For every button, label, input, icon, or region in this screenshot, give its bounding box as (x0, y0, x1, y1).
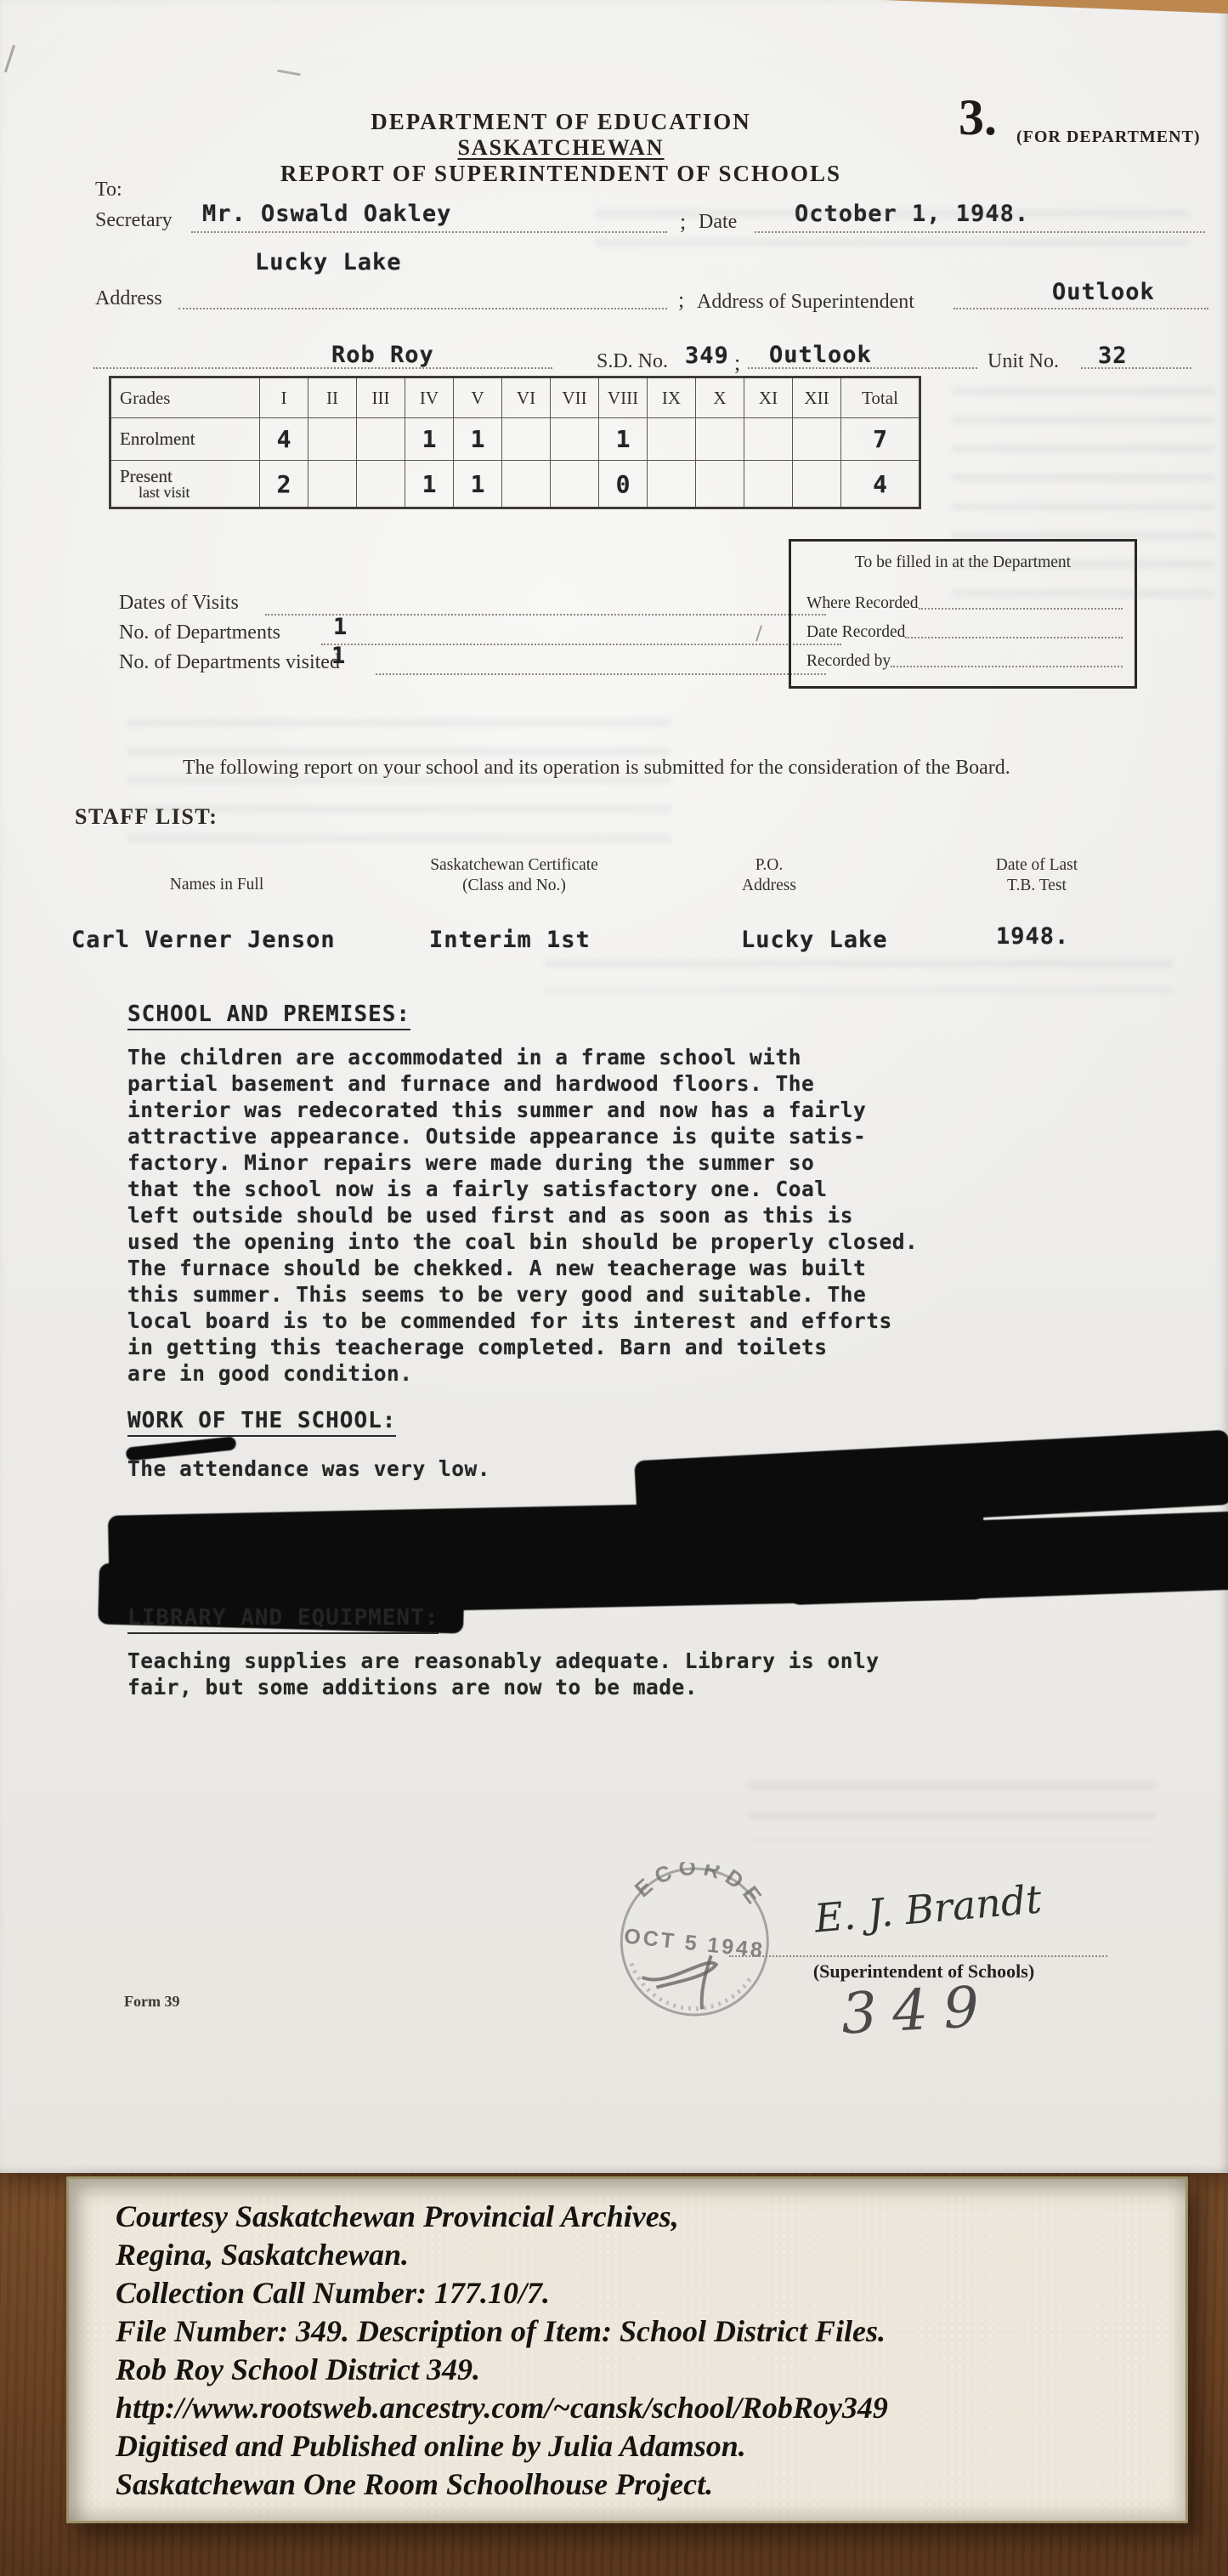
column-header: III (357, 377, 405, 418)
cell: 1 (454, 418, 502, 461)
fill-line (748, 367, 977, 369)
cell (502, 461, 551, 508)
fill-line (891, 666, 1123, 667)
column-header: XII (793, 377, 841, 418)
copy-note: (FOR DEPARTMENT) (1016, 128, 1201, 147)
address-label: Address (95, 287, 162, 310)
address-value: Lucky Lake (255, 249, 402, 275)
cell (744, 418, 793, 461)
bleed-through-smudge (544, 959, 1173, 993)
cell: 1 (599, 418, 648, 461)
cell: 1 (405, 461, 454, 508)
copy-number: 3. (959, 88, 997, 147)
cell: 7 (841, 418, 920, 461)
separator: ; (678, 287, 684, 313)
column-header: I (260, 377, 308, 418)
column-header: VIII (599, 377, 648, 418)
row-label: Present last visit (110, 461, 260, 508)
date-recorded-label: Date Recorded (806, 623, 905, 642)
cell: 1 (405, 418, 454, 461)
bleed-through-smudge (748, 1782, 1156, 1841)
departments-label: No. of Departments (119, 621, 280, 644)
supt-address-value: Outlook (1052, 279, 1155, 305)
caption-line: Saskatchewan One Room Schoolhouse Projec… (116, 2465, 1160, 2504)
to-label: To: (95, 179, 122, 201)
fill-line (954, 308, 1208, 309)
fill-line (376, 673, 826, 675)
form-header: DEPARTMENT OF EDUCATION SASKATCHEWAN REP… (136, 109, 986, 187)
dates-of-visits-label: Dates of Visits (119, 592, 239, 615)
where-recorded-label: Where Recorded (806, 594, 919, 613)
fill-line (178, 308, 667, 309)
column-header: XI (744, 377, 793, 418)
bleed-through-smudge (127, 718, 671, 846)
departments-visited-value: 1 (331, 643, 346, 669)
staff-col-certificate: Saskatchewan Certificate (Class and No.) (387, 855, 642, 896)
departments-visited-label: No. of Departments visited (119, 651, 340, 674)
district-name-value: Rob Roy (331, 342, 434, 368)
table-row: Enrolment 4 1 1 1 7 (110, 418, 920, 461)
caption-line: Digitised and Published online by Julia … (116, 2427, 1160, 2465)
header-province: SASKATCHEWAN (136, 135, 986, 161)
pen-mark (755, 625, 762, 642)
cell (502, 418, 551, 461)
fill-line (1081, 367, 1191, 369)
caption-line: Regina, Saskatchewan. (116, 2236, 1160, 2274)
cell (551, 418, 599, 461)
secretary-label: Secretary (95, 209, 173, 232)
caption-line: Courtesy Saskatchewan Provincial Archive… (116, 2198, 1160, 2236)
secretary-value: Mr. Oswald Oakley (202, 201, 451, 227)
library-heading: LIBRARY AND EQUIPMENT: (127, 1605, 439, 1634)
archive-caption-text: Courtesy Saskatchewan Provincial Archive… (116, 2198, 1160, 2504)
premises-heading: SCHOOL AND PREMISES: (127, 1001, 410, 1030)
staff-tb-date: 1948. (996, 923, 1069, 950)
supt-address-label: Address of Superintendent (697, 291, 914, 314)
handwritten-district-number: 349 (840, 1973, 996, 2046)
fill-line (321, 644, 841, 645)
header-title: REPORT OF SUPERINTENDENT OF SCHOOLS (136, 161, 986, 187)
premises-body: The children are accommodated in a frame… (127, 1044, 1147, 1387)
superintendent-signature: E. J. Brandt (739, 1870, 1116, 1948)
caption-line: Collection Call Number: 177.10/7. (116, 2274, 1160, 2312)
cell: 4 (841, 461, 920, 508)
cell (357, 418, 405, 461)
fill-line (919, 608, 1123, 610)
cell (696, 418, 744, 461)
fill-line (265, 614, 826, 616)
cell (793, 418, 841, 461)
staff-name: Carl Verner Jenson (71, 927, 336, 953)
cell (648, 461, 696, 508)
caption-line: File Number: 349. Description of Item: S… (116, 2312, 1160, 2351)
fill-line (93, 367, 552, 369)
form-number: Form 39 (124, 1993, 179, 2011)
row-label: Enrolment (110, 418, 260, 461)
cell: 4 (260, 418, 308, 461)
report-page: DEPARTMENT OF EDUCATION SASKATCHEWAN REP… (0, 0, 1228, 2173)
column-header: IX (648, 377, 696, 418)
column-header: X (696, 377, 744, 418)
cell (696, 461, 744, 508)
unit-number-label: Unit No. (987, 350, 1059, 373)
pen-mark (4, 44, 15, 72)
cell: 2 (260, 461, 308, 508)
column-header: Grades (110, 377, 260, 418)
column-header: VI (502, 377, 551, 418)
column-header: V (454, 377, 502, 418)
cell (551, 461, 599, 508)
cell (793, 461, 841, 508)
bleed-through-smudge (595, 209, 1190, 250)
pen-mark (277, 70, 301, 77)
staff-col-names: Names in Full (119, 876, 314, 894)
work-heading: WORK OF THE SCHOOL: (127, 1408, 396, 1437)
recorded-by-label: Recorded by (806, 652, 891, 671)
library-body: Teaching supplies are reasonably adequat… (127, 1648, 1147, 1700)
cell: 1 (454, 461, 502, 508)
caption-line: Rob Roy School District 349. (116, 2351, 1160, 2389)
cell (308, 461, 357, 508)
sd-number-label: S.D. No. (597, 350, 668, 373)
departments-value: 1 (333, 614, 348, 640)
cell (648, 418, 696, 461)
sd-number-value: 349 (685, 343, 729, 369)
caption-line: http://www.rootsweb.ancestry.com/~cansk/… (116, 2389, 1160, 2427)
archive-caption-panel: Courtesy Saskatchewan Provincial Archive… (66, 2176, 1188, 2523)
staff-col-po-address: P.O. Address (714, 855, 824, 896)
unit-number-value: 32 (1098, 343, 1128, 369)
fill-line (905, 637, 1123, 638)
column-header: IV (405, 377, 454, 418)
header-department: DEPARTMENT OF EDUCATION (136, 109, 986, 135)
separator: ; (734, 350, 740, 376)
row-label-sub: last visit (139, 484, 259, 502)
table-header-row: Grades I II III IV V VI VII VIII IX X XI… (110, 377, 920, 418)
cell (308, 418, 357, 461)
column-header: VII (551, 377, 599, 418)
bleed-through-smudge (952, 387, 1215, 599)
photo-scene: DEPARTMENT OF EDUCATION SASKATCHEWAN REP… (0, 0, 1228, 2576)
cell (744, 461, 793, 508)
cell (357, 461, 405, 508)
staff-col-tb-test: Date of Last T.B. Test (960, 855, 1113, 896)
column-header: Total (841, 377, 920, 418)
staff-po-address: Lucky Lake (741, 927, 888, 953)
enrolment-table: Grades I II III IV V VI VII VIII IX X XI… (109, 376, 921, 509)
table-row: Present last visit 2 1 1 0 4 (110, 461, 920, 508)
signature-line (729, 1955, 1107, 1957)
cell: 0 (599, 461, 648, 508)
staff-certificate: Interim 1st (429, 927, 591, 953)
column-header: II (308, 377, 357, 418)
supt-po-value: Outlook (769, 342, 872, 368)
